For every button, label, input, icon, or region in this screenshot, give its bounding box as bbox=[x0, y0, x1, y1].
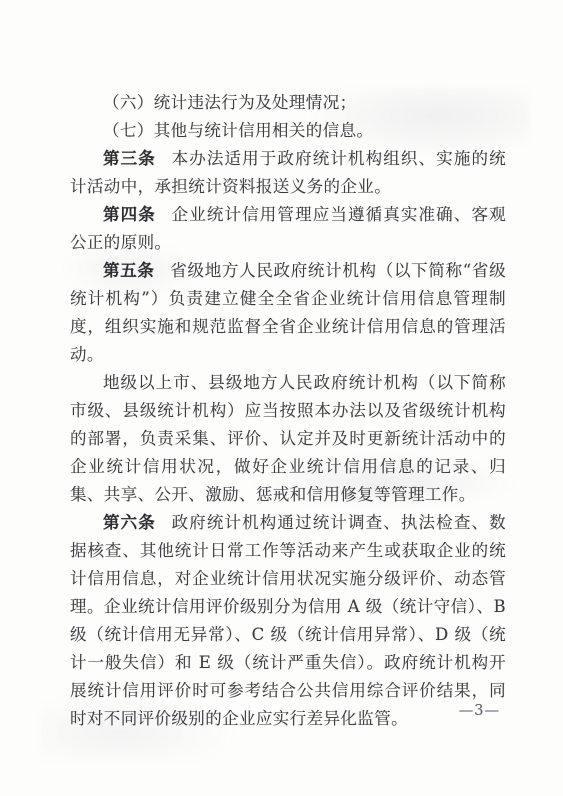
paragraph-text: （六）统计违法行为及处理情况； bbox=[103, 93, 357, 112]
paragraph: 地级以上市、县级地方人民政府统计机构（以下简称市级、县级统计机构）应当按照本办法… bbox=[70, 369, 506, 509]
paragraph-text: 政府统计机构通过统计调查、执法检查、数据核查、其他统计日常工作等活动来产生或获取… bbox=[70, 513, 506, 728]
article-term: 第六条 bbox=[103, 513, 156, 532]
paragraph: 第五条省级地方人民政府统计机构（以下简称“省级统计机构”）负责建立健全全省企业统… bbox=[70, 257, 506, 369]
article-term: 第三条 bbox=[103, 149, 156, 168]
article-term: 第五条 bbox=[103, 261, 155, 280]
scanned-document-page: （六）统计违法行为及处理情况； （七）其他与统计信用相关的信息。 第三条本办法适… bbox=[0, 0, 563, 796]
paragraph-text: （七）其他与统计信用相关的信息。 bbox=[103, 121, 373, 140]
paragraph: 第六条政府统计机构通过统计调查、执法检查、数据核查、其他统计日常工作等活动来产生… bbox=[70, 509, 506, 733]
page-number: —3— bbox=[459, 703, 500, 719]
paragraph: （六）统计违法行为及处理情况； bbox=[70, 89, 506, 117]
paragraph: 第四条企业统计信用管理应当遵循真实准确、客观公正的原则。 bbox=[70, 201, 506, 257]
paragraph-text: 地级以上市、县级地方人民政府统计机构（以下简称市级、县级统计机构）应当按照本办法… bbox=[70, 373, 506, 504]
paragraph: （七）其他与统计信用相关的信息。 bbox=[70, 117, 506, 145]
article-term: 第四条 bbox=[103, 205, 156, 224]
document-body: （六）统计违法行为及处理情况； （七）其他与统计信用相关的信息。 第三条本办法适… bbox=[70, 89, 506, 733]
paragraph: 第三条本办法适用于政府统计机构组织、实施的统计活动中，承担统计资料报送义务的企业… bbox=[70, 145, 506, 201]
